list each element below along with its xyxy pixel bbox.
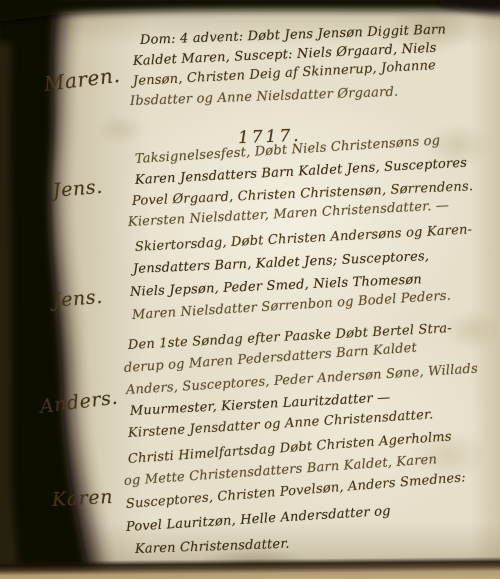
register-entry-jens-1: Jens. Taksignelsesfest, Døbt Niels Chris… [0,0,500,579]
entry-line: Kaldet Maren, Suscept: Niels Ørgaard, Ni… [133,41,437,69]
margin-name: Jens. [52,286,104,312]
table-edge-strip [0,557,500,579]
entry-line: Kiersten Nielsdatter, Maren Christensdat… [128,198,450,230]
book-binding [0,0,500,579]
entry-line: Povel Lauritzøn, Helle Andersdatter og [126,504,392,535]
entry-line: Kirstene Jensdatter og Anne Christensdat… [128,407,434,441]
entry-line: Skiertorsdag, Døbt Christen Andersøns og… [135,222,473,255]
entry-line: Jensøn, Christen Deig af Skinnerup, Joha… [133,58,437,89]
paper-stains [0,0,500,579]
entry-line: Jensdatters Barn, Kaldet Jens; Susceptor… [133,249,430,277]
entry-line: Muurmester, Kiersten Lauritzdatter — [130,390,391,419]
entry-line: Dom: 4 advent: Døbt Jens Jensøn Diggit B… [140,22,447,48]
entry-line: Ibsdatter og Anne Nielsdatter Ørgaard. [130,85,399,109]
margin-name: Jens. [52,176,104,202]
register-entry-karen: Karen Christi Himelfartsdag Døbt Christe… [0,0,500,579]
margin-name: Maren. [43,63,122,96]
entry-line: Susceptores, Christen Povelsøn, Anders S… [125,470,466,512]
margin-name: Anders. [39,387,120,418]
entry-line: Povel Ørgaard, Christen Christensøn, Sør… [132,179,474,209]
entry-line: og Mette Christensdatters Barn Kaldet, K… [123,452,437,489]
parish-register-page: Maren. Dom: 4 advent: Døbt Jens Jensøn D… [0,0,500,579]
entry-line: Maren Nielsdatter Sørrenbon og Bodel Ped… [132,289,452,323]
entry-line: Anders, Susceptores, Peder Andersøn Søne… [126,361,479,397]
entry-line: Karen Christensdatter. [135,537,290,557]
entry-line: Karen Jensdatters Barn Kaldet Jens, Susc… [135,156,468,188]
entry-line: Christi Himelfartsdag Døbt Christen Ager… [127,429,452,467]
register-entry-maren: Maren. Dom: 4 advent: Døbt Jens Jensøn D… [0,0,500,579]
register-entry-anders: Anders. Den 1ste Søndag efter Paaske Døb… [0,0,500,579]
entry-line: derup og Maren Pedersdatters Barn Kaldet [123,341,417,376]
entry-line: Den 1ste Søndag efter Paaske Døbt Bertel… [128,321,453,353]
register-entry-jens-2: Jens. Skiertorsdag, Døbt Christen Anders… [0,0,500,579]
year-heading: 1717. [238,126,302,148]
margin-name: Karen [51,486,113,511]
entry-line: Niels Jepsøn, Peder Smed, Niels Thomesøn [130,272,423,300]
